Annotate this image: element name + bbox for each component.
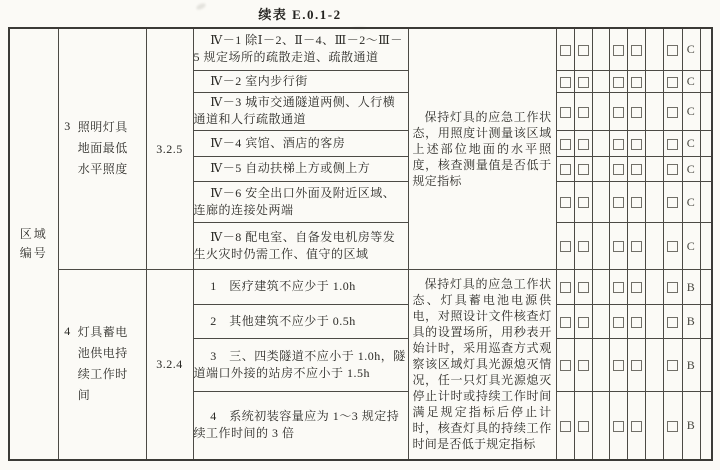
method-cell: 保持灯具的应急工作状态、灯具蓄电池电源供电，对照设计文件核查灯具的设置场所，用秒…: [408, 269, 556, 460]
empty-cell: [700, 156, 712, 181]
table-title: 续表 E.0.1-2: [0, 4, 600, 23]
method-text: 保持灯具的应急工作状态、灯具蓄电池电源供电，对照设计文件核查灯具的设置场所，用秒…: [409, 275, 556, 453]
sub-item-cell: 1 医疗建筑不应少于 1.0h: [193, 269, 408, 304]
check-cell: [556, 222, 574, 269]
sub-item-cell: Ⅳ－4 宾馆、酒店的客房: [193, 130, 408, 156]
check-cell: [627, 338, 645, 391]
sub-item-cell: Ⅳ－6 安全出口外面及附近区域、连廊的连接处两端: [193, 181, 408, 222]
check-cell: [609, 269, 627, 304]
check-cell: [556, 181, 574, 222]
check-cell: [627, 130, 645, 156]
check-cell: [627, 70, 645, 92]
check-cell: [609, 130, 627, 156]
check-cell: [663, 70, 682, 92]
check-cell: [556, 391, 574, 460]
empty-cell: [645, 391, 663, 460]
check-cell: [609, 222, 627, 269]
check-cell: [663, 304, 682, 338]
check-cell: [627, 269, 645, 304]
checkbox: [613, 164, 624, 175]
item-cell-illuminance: 3 照明灯具地面最低水平照度: [58, 28, 146, 269]
checkbox: [560, 45, 571, 56]
checkbox: [578, 241, 589, 252]
item-number: 4: [64, 322, 71, 406]
empty-cell: [592, 28, 609, 70]
checkbox: [613, 107, 624, 118]
sub-item-text: 2 其他建筑不应少于 0.5h: [194, 313, 408, 330]
checkbox: [667, 317, 678, 328]
check-cell: [663, 92, 682, 130]
grade-cell: B: [682, 391, 700, 460]
item-number: 3: [64, 117, 71, 180]
empty-cell: [645, 92, 663, 130]
checkbox: [578, 360, 589, 371]
clause-ref-cell: 3.2.4: [146, 269, 193, 460]
grade-cell: C: [682, 70, 700, 92]
empty-cell: [645, 304, 663, 338]
item-name: 灯具蓄电池供电持续工作时间: [78, 322, 140, 406]
check-cell: [556, 338, 574, 391]
inspection-record-table: 区域编号 3 照明灯具地面最低水平照度 3.2.5 Ⅳ－1 除Ⅰ－2、Ⅱ－4、Ⅲ…: [8, 27, 713, 461]
scanned-document-page: 续表 E.0.1-2 区域编号 3 照明灯具地面最低水平照度: [0, 0, 720, 470]
check-cell: [609, 92, 627, 130]
method-text: 保持灯具的应急工作状态，用照度计测量该区域上述部位地面的水平照度，核查测量值是否…: [409, 108, 556, 190]
checkbox: [667, 241, 678, 252]
check-cell: [556, 70, 574, 92]
checkbox: [578, 164, 589, 175]
checkbox: [560, 107, 571, 118]
empty-cell: [592, 92, 609, 130]
empty-cell: [700, 338, 712, 391]
check-cell: [663, 338, 682, 391]
check-cell: [663, 222, 682, 269]
sub-item-cell: 3 三、四类隧道不应小于 1.0h，隧道端口外接的站房不应小于 1.5h: [193, 338, 408, 391]
empty-cell: [592, 391, 609, 460]
check-cell: [627, 156, 645, 181]
sub-item-cell: Ⅳ－1 除Ⅰ－2、Ⅱ－4、Ⅲ－2～Ⅲ－5 规定场所的疏散走道、疏散通道: [193, 28, 408, 70]
checkbox: [578, 139, 589, 150]
check-cell: [556, 92, 574, 130]
empty-cell: [700, 92, 712, 130]
check-cell: [574, 391, 592, 460]
sub-item-cell: 2 其他建筑不应少于 0.5h: [193, 304, 408, 338]
checkbox: [667, 107, 678, 118]
checkbox: [613, 317, 624, 328]
empty-cell: [592, 304, 609, 338]
clause-ref: 3.2.5: [156, 142, 183, 156]
check-cell: [574, 130, 592, 156]
check-cell: [609, 181, 627, 222]
sub-item-text: Ⅳ－6 安全出口外面及附近区域、连廊的连接处两端: [194, 185, 408, 219]
sub-item-text: Ⅳ－1 除Ⅰ－2、Ⅱ－4、Ⅲ－2～Ⅲ－5 规定场所的疏散走道、疏散通道: [194, 32, 408, 66]
grade-cell: B: [682, 338, 700, 391]
checkbox: [631, 241, 642, 252]
check-cell: [574, 269, 592, 304]
checkbox: [613, 45, 624, 56]
empty-cell: [700, 28, 712, 70]
clause-ref-cell: 3.2.5: [146, 28, 193, 269]
checkbox: [578, 282, 589, 293]
checkbox: [560, 317, 571, 328]
check-cell: [663, 181, 682, 222]
empty-cell: [592, 70, 609, 92]
check-cell: [574, 338, 592, 391]
check-cell: [574, 92, 592, 130]
check-cell: [609, 70, 627, 92]
check-cell: [663, 391, 682, 460]
checkbox: [578, 197, 589, 208]
checkbox: [560, 241, 571, 252]
checkbox: [667, 45, 678, 56]
sub-item-cell: Ⅳ－2 室内步行街: [193, 70, 408, 92]
sub-item-text: 3 三、四类隧道不应小于 1.0h，隧道端口外接的站房不应小于 1.5h: [194, 348, 408, 382]
check-cell: [627, 92, 645, 130]
check-cell: [627, 304, 645, 338]
empty-cell: [645, 156, 663, 181]
sub-item-text: Ⅳ－2 室内步行街: [194, 73, 408, 90]
checkbox: [560, 421, 571, 432]
checkbox: [560, 139, 571, 150]
empty-cell: [645, 222, 663, 269]
empty-cell: [645, 181, 663, 222]
checkbox: [631, 317, 642, 328]
grade-cell: C: [682, 181, 700, 222]
empty-cell: [592, 269, 609, 304]
checkbox: [560, 77, 571, 88]
empty-cell: [700, 391, 712, 460]
empty-cell: [645, 28, 663, 70]
checkbox: [578, 421, 589, 432]
empty-cell: [592, 181, 609, 222]
checkbox: [613, 241, 624, 252]
checkbox: [613, 421, 624, 432]
check-cell: [574, 181, 592, 222]
checkbox: [667, 197, 678, 208]
checkbox: [613, 360, 624, 371]
checkbox: [613, 197, 624, 208]
checkbox: [578, 317, 589, 328]
checkbox: [667, 77, 678, 88]
check-cell: [609, 28, 627, 70]
empty-cell: [645, 269, 663, 304]
checkbox: [631, 45, 642, 56]
region-number-label: 区域编号: [20, 225, 48, 263]
empty-cell: [645, 70, 663, 92]
checkbox: [631, 77, 642, 88]
checkbox: [578, 45, 589, 56]
checkbox: [667, 421, 678, 432]
check-cell: [609, 156, 627, 181]
checkbox: [613, 282, 624, 293]
check-cell: [556, 28, 574, 70]
checkbox: [631, 139, 642, 150]
empty-cell: [592, 156, 609, 181]
checkbox: [578, 107, 589, 118]
empty-cell: [592, 130, 609, 156]
checkbox: [560, 164, 571, 175]
empty-cell: [700, 304, 712, 338]
grade-cell: B: [682, 304, 700, 338]
checkbox: [631, 164, 642, 175]
empty-cell: [700, 269, 712, 304]
sub-item-cell: Ⅳ－8 配电室、自备发电机房等发生火灾时仍需工作、值守的区域: [193, 222, 408, 269]
sub-item-cell: Ⅳ－5 自动扶梯上方或侧上方: [193, 156, 408, 181]
check-cell: [627, 28, 645, 70]
check-cell: [556, 156, 574, 181]
checkbox: [560, 197, 571, 208]
check-cell: [556, 269, 574, 304]
empty-cell: [645, 338, 663, 391]
check-cell: [627, 391, 645, 460]
check-cell: [556, 130, 574, 156]
sub-item-text: 4 系统初装容量应为 1～3 规定持续工作时间的 3 倍: [194, 408, 408, 442]
grade-cell: C: [682, 92, 700, 130]
check-cell: [574, 222, 592, 269]
check-cell: [574, 28, 592, 70]
checkbox: [560, 282, 571, 293]
sub-item-cell: Ⅳ－3 城市交通隧道两侧、人行横通道和人行疏散通道: [193, 92, 408, 130]
empty-cell: [592, 222, 609, 269]
checkbox: [578, 77, 589, 88]
check-cell: [663, 156, 682, 181]
check-cell: [663, 130, 682, 156]
check-cell: [627, 181, 645, 222]
checkbox: [631, 282, 642, 293]
check-cell: [574, 304, 592, 338]
check-cell: [574, 70, 592, 92]
check-cell: [663, 28, 682, 70]
grade-cell: C: [682, 130, 700, 156]
item-cell-battery-duration: 4 灯具蓄电池供电持续工作时间: [58, 269, 146, 460]
empty-cell: [645, 130, 663, 156]
checkbox: [667, 139, 678, 150]
check-cell: [609, 304, 627, 338]
checkbox: [560, 360, 571, 371]
checkbox: [631, 360, 642, 371]
check-cell: [609, 338, 627, 391]
check-cell: [574, 156, 592, 181]
checkbox: [631, 421, 642, 432]
sub-item-cell: 4 系统初装容量应为 1～3 规定持续工作时间的 3 倍: [193, 391, 408, 460]
check-cell: [609, 391, 627, 460]
sub-item-text: Ⅳ－5 自动扶梯上方或侧上方: [194, 160, 408, 177]
check-cell: [627, 222, 645, 269]
sub-item-text: Ⅳ－8 配电室、自备发电机房等发生火灾时仍需工作、值守的区域: [194, 229, 408, 263]
empty-cell: [592, 338, 609, 391]
checkbox: [667, 164, 678, 175]
empty-cell: [700, 181, 712, 222]
grade-cell: C: [682, 156, 700, 181]
grade-cell: C: [682, 28, 700, 70]
sub-item-text: Ⅳ－3 城市交通隧道两侧、人行横通道和人行疏散通道: [194, 94, 408, 128]
checkbox: [667, 282, 678, 293]
checkbox: [613, 139, 624, 150]
grade-cell: B: [682, 269, 700, 304]
empty-cell: [700, 70, 712, 92]
region-number-header: 区域编号: [9, 28, 58, 460]
clause-ref: 3.2.4: [156, 357, 183, 371]
checkbox: [631, 197, 642, 208]
method-cell: 保持灯具的应急工作状态，用照度计测量该区域上述部位地面的水平照度，核查测量值是否…: [408, 28, 556, 269]
empty-cell: [700, 130, 712, 156]
checkbox: [613, 77, 624, 88]
sub-item-text: Ⅳ－4 宾馆、酒店的客房: [194, 135, 408, 152]
checkbox: [667, 360, 678, 371]
sub-item-text: 1 医疗建筑不应少于 1.0h: [194, 278, 408, 295]
grade-cell: C: [682, 222, 700, 269]
check-cell: [556, 304, 574, 338]
checkbox: [631, 107, 642, 118]
check-cell: [663, 269, 682, 304]
empty-cell: [700, 222, 712, 269]
item-name: 照明灯具地面最低水平照度: [78, 117, 140, 180]
